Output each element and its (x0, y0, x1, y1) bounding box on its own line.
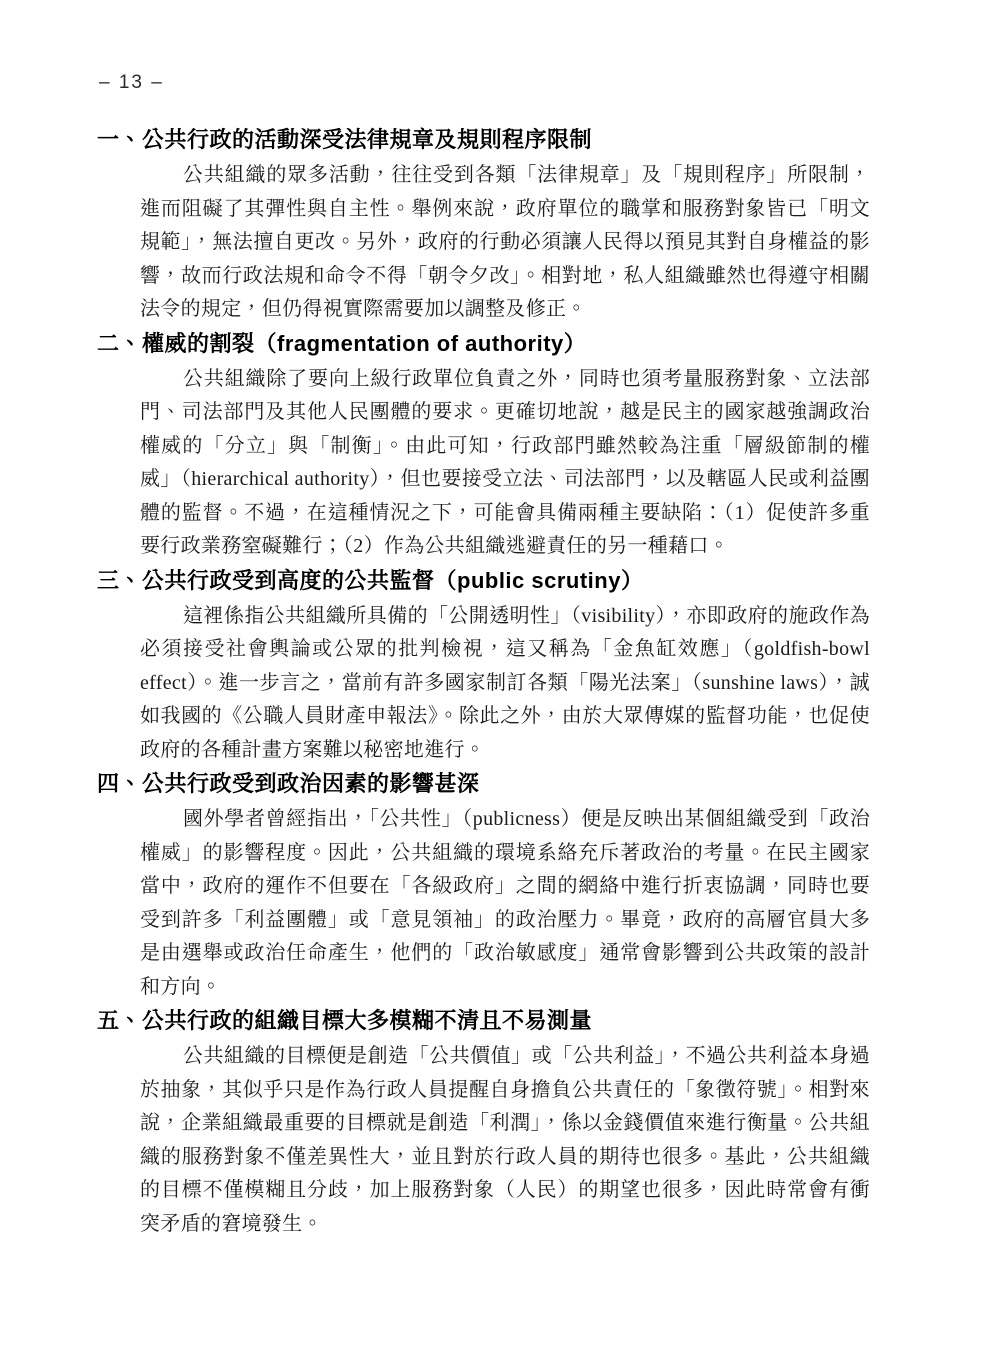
section-heading: 一、公共行政的活動深受法律規章及規則程序限制 (97, 126, 870, 153)
section-heading: 四、公共行政受到政治因素的影響甚深 (97, 770, 870, 797)
section-body: 公共組織的目標便是創造「公共價值」或「公共利益」，不過公共利益本身過於抽象，其似… (140, 1040, 870, 1241)
section-political-influence: 四、公共行政受到政治因素的影響甚深 國外學者曾經指出，「公共性」（publicn… (97, 770, 870, 1004)
section-fragmentation-of-authority: 二、權威的割裂（fragmentation of authority） 公共組織… (97, 330, 870, 564)
section-body: 國外學者曾經指出，「公共性」（publicness）便是反映出某個組織受到「政治… (140, 803, 870, 1004)
section-public-scrutiny: 三、公共行政受到高度的公共監督（public scrutiny） 這裡係指公共組… (97, 567, 870, 768)
section-heading: 三、公共行政受到高度的公共監督（public scrutiny） (97, 567, 870, 594)
section-body: 這裡係指公共組織所具備的「公開透明性」（visibility），亦即政府的施政作… (140, 600, 870, 768)
section-vague-goals: 五、公共行政的組織目標大多模糊不清且不易測量 公共組織的目標便是創造「公共價值」… (97, 1007, 870, 1241)
section-legal-limits: 一、公共行政的活動深受法律規章及規則程序限制 公共組織的眾多活動，往往受到各類「… (97, 126, 870, 327)
page-number: – 13 – (99, 72, 870, 94)
section-body: 公共組織除了要向上級行政單位負責之外，同時也須考量服務對象、立法部門、司法部門及… (140, 363, 870, 564)
document-page: – 13 – 一、公共行政的活動深受法律規章及規則程序限制 公共組織的眾多活動，… (0, 0, 1000, 1353)
section-heading: 二、權威的割裂（fragmentation of authority） (97, 330, 870, 357)
section-body: 公共組織的眾多活動，往往受到各類「法律規章」及「規則程序」所限制，進而阻礙了其彈… (140, 159, 870, 327)
section-heading: 五、公共行政的組織目標大多模糊不清且不易測量 (97, 1007, 870, 1034)
